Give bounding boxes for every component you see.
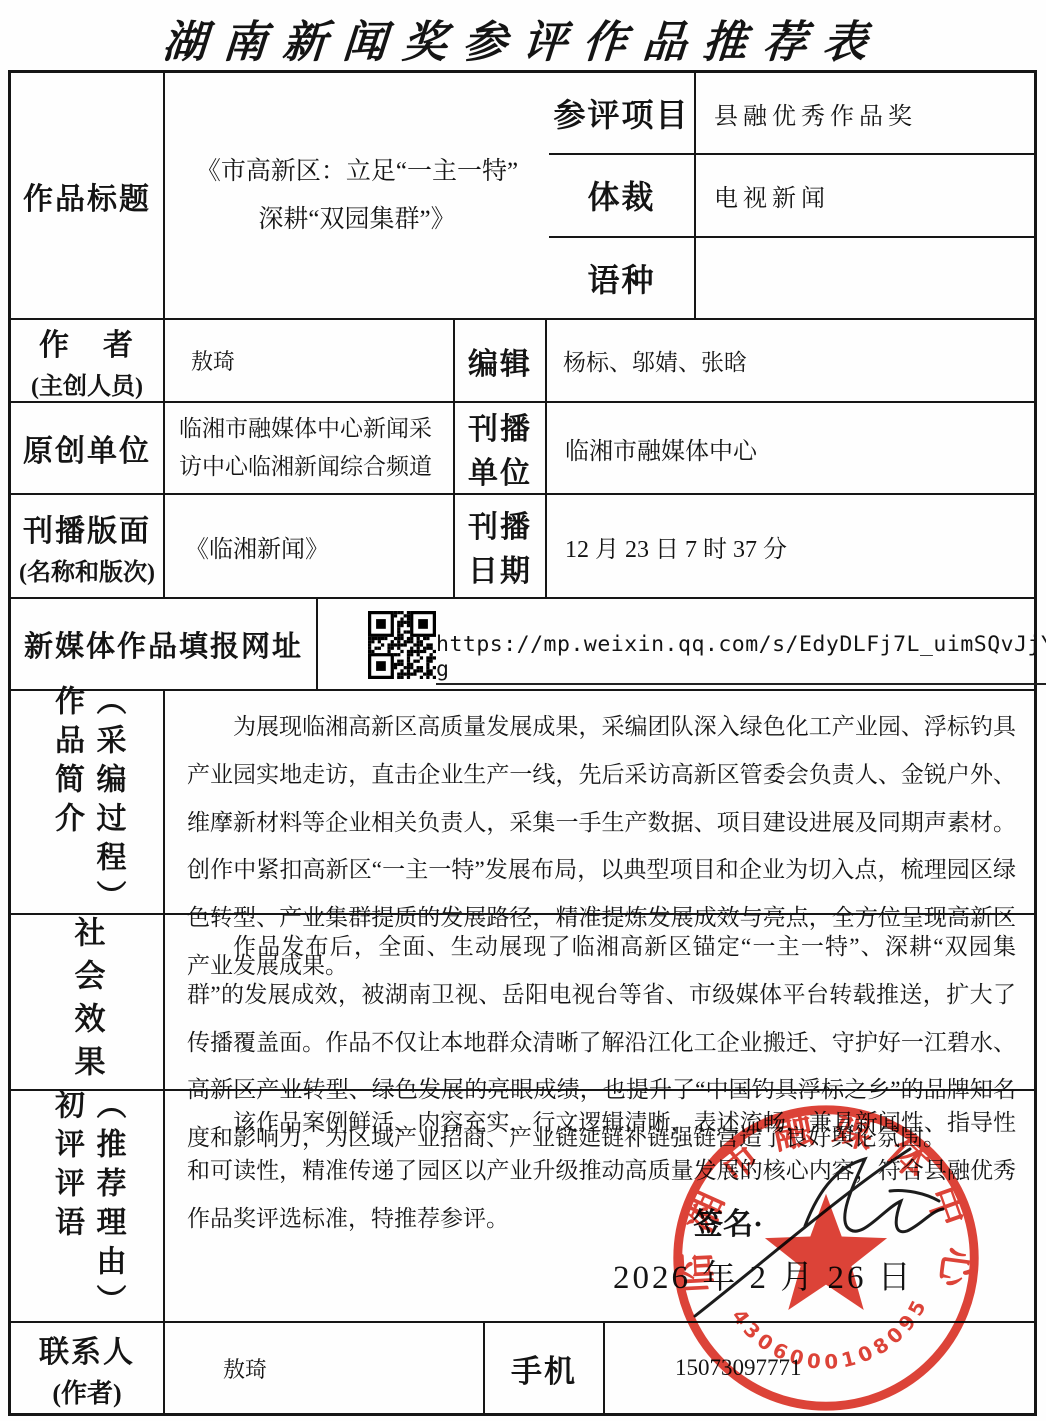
entry-category-label-cell: 参评项目 xyxy=(549,73,694,153)
original-unit-label: 原创单位 xyxy=(23,426,151,470)
social-effect-header: 社会效果 xyxy=(65,916,110,1088)
mobile-label: 手机 xyxy=(511,1346,577,1391)
author-label-line1: 作 者 xyxy=(39,320,135,364)
work-title-label-cell: 作品标题 xyxy=(11,73,163,318)
social-effect-text-cell: 作品发布后，全面、生动展现了临湘高新区锚定“一主一特”、深耕“双园集群”的发展成… xyxy=(163,915,1034,1089)
publication-page-label-line2: (名称和版次) xyxy=(19,552,155,587)
original-unit-value: 临湘市融媒体中心新闻采访中心临湘新闻综合频道 xyxy=(165,410,453,486)
page-title: 湖南新闻奖参评作品推荐表 xyxy=(0,6,1046,70)
editor-value: 杨标、邬婧、张晗 xyxy=(547,344,747,377)
row-author: 作 者 (主创人员) 敖琦 编辑 杨标、邬婧、张晗 xyxy=(11,318,1034,401)
contact-label-cell: 联系人 (作者) xyxy=(11,1323,163,1413)
contact-label-line2: (作者) xyxy=(52,1373,121,1410)
row-work-intro: 作品简介 （采编过程） 为展现临湘高新区高质量发展成果，采编团队深入绿色化工产业… xyxy=(11,689,1034,913)
social-effect-header-wrap: 社会效果 xyxy=(11,916,163,1088)
genre-label-cell: 体裁 xyxy=(549,155,694,235)
initial-review-header: 初评评语 （推荐理由） xyxy=(11,1089,163,1323)
broadcast-date-label-cell: 刊播 日期 xyxy=(453,495,545,597)
broadcast-date-value-cell: 12 月 23 日 7 时 37 分 xyxy=(545,495,1034,597)
language-value-cell xyxy=(694,238,1034,318)
author-label-cell: 作 者 (主创人员) xyxy=(11,320,163,401)
genre-label: 体裁 xyxy=(587,172,655,218)
initial-review-header-col2: （推荐理由） xyxy=(89,1089,127,1323)
social-effect-header-cell: 社会效果 xyxy=(11,915,163,1089)
editor-label-cell: 编辑 xyxy=(453,320,545,401)
publication-page-label-line1: 刊播版面 xyxy=(23,506,151,550)
language-row: 语种 xyxy=(549,236,1034,318)
editor-label: 编辑 xyxy=(468,339,532,383)
language-label: 语种 xyxy=(587,255,655,301)
work-intro-header-col2: （采编过程） xyxy=(89,685,127,919)
original-unit-label-cell: 原创单位 xyxy=(11,403,163,493)
new-media-value-cell: https://mp.weixin.qq.com/s/EdyDLFj7L_uim… xyxy=(316,599,1034,689)
mobile-value-cell: 15073097771 xyxy=(603,1323,1034,1413)
broadcast-unit-value-cell: 临湘市融媒体中心 xyxy=(545,403,1034,493)
work-title-value: 《市高新区：立足“一主一特” 深耕“双园集群”》 xyxy=(165,148,549,243)
genre-row: 体裁 电视新闻 xyxy=(549,153,1034,235)
publication-page-value: 《临湘新闻》 xyxy=(165,529,329,564)
row-contact: 联系人 (作者) 敖琦 手机 15073097771 xyxy=(11,1321,1034,1413)
work-intro-header: 作品简介 （采编过程） xyxy=(11,685,163,919)
contact-value-cell: 敖琦 xyxy=(163,1323,483,1413)
recommendation-table: 作品标题 《市高新区：立足“一主一特” 深耕“双园集群”》 参评项目 县融优秀作… xyxy=(8,70,1037,1416)
row-initial-review: 初评评语 （推荐理由） 该作品案例鲜活、内容充实，行文逻辑清晰，表述流畅，兼具新… xyxy=(11,1089,1034,1321)
work-intro-header-col1: 作品简介 xyxy=(48,685,86,919)
entry-category-value: 县融优秀作品奖 xyxy=(696,96,917,131)
document-page: 湖南新闻奖参评作品推荐表 作品标题 《市高新区：立足“一主一特” 深耕“双园集群… xyxy=(0,0,1046,1421)
row-work-title: 作品标题 《市高新区：立足“一主一特” 深耕“双园集群”》 参评项目 县融优秀作… xyxy=(11,73,1034,318)
author-value: 敖琦 xyxy=(165,345,235,376)
work-title-label: 作品标题 xyxy=(23,174,151,218)
row1-right-column: 参评项目 县融优秀作品奖 体裁 电视新闻 语种 xyxy=(549,73,1034,318)
initial-review-text-cell: 该作品案例鲜活、内容充实，行文逻辑清晰，表述流畅，兼具新闻性、指导性和可读性，精… xyxy=(163,1091,1034,1321)
work-intro-header-cell: 作品简介 （采编过程） xyxy=(11,691,163,913)
entry-category-label: 参评项目 xyxy=(553,90,689,136)
qr-code-icon xyxy=(368,609,436,681)
initial-review-header-col1: 初评评语 xyxy=(48,1089,86,1323)
work-intro-text-cell: 为展现临湘高新区高质量发展成果，采编团队深入绿色化工产业园、浮标钓具产业园实地走… xyxy=(163,691,1034,913)
broadcast-unit-label-line2: 单位 xyxy=(468,448,532,492)
mobile-value: 15073097771 xyxy=(605,1355,802,1381)
review-date: 2026 年 2 月 26 日 xyxy=(613,1251,914,1298)
publication-page-label-cell: 刊播版面 (名称和版次) xyxy=(11,495,163,597)
new-media-label-cell: 新媒体作品填报网址 xyxy=(11,599,316,689)
contact-label-line1: 联系人 xyxy=(39,1327,135,1371)
author-label-line2: (主创人员) xyxy=(31,366,143,401)
broadcast-date-value: 12 月 23 日 7 时 37 分 xyxy=(547,529,787,564)
editor-value-cell: 杨标、邬婧、张晗 xyxy=(545,320,1034,401)
new-media-label: 新媒体作品填报网址 xyxy=(24,624,303,665)
author-value-cell: 敖琦 xyxy=(163,320,453,401)
initial-review-header-cell: 初评评语 （推荐理由） xyxy=(11,1091,163,1321)
language-label-cell: 语种 xyxy=(549,238,694,318)
broadcast-unit-label-line1: 刊播 xyxy=(468,404,532,448)
row-publication-page: 刊播版面 (名称和版次) 《临湘新闻》 刊播 日期 12 月 23 日 7 时 … xyxy=(11,493,1034,597)
original-unit-value-cell: 临湘市融媒体中心新闻采访中心临湘新闻综合频道 xyxy=(163,403,453,493)
genre-value: 电视新闻 xyxy=(696,178,830,213)
entry-category-row: 参评项目 县融优秀作品奖 xyxy=(549,73,1034,153)
work-title-value-cell: 《市高新区：立足“一主一特” 深耕“双园集群”》 xyxy=(163,73,549,318)
broadcast-unit-value: 临湘市融媒体中心 xyxy=(547,431,757,466)
publication-page-value-cell: 《临湘新闻》 xyxy=(163,495,453,597)
contact-value: 敖琦 xyxy=(165,1353,267,1384)
row-social-effect: 社会效果 作品发布后，全面、生动展现了临湘高新区锚定“一主一特”、深耕“双园集群… xyxy=(11,913,1034,1089)
broadcast-date-label-line1: 刊播 xyxy=(468,502,532,546)
genre-value-cell: 电视新闻 xyxy=(694,155,1034,235)
broadcast-date-label-line2: 日期 xyxy=(468,546,532,590)
mobile-label-cell: 手机 xyxy=(483,1323,603,1413)
broadcast-unit-label-cell: 刊播 单位 xyxy=(453,403,545,493)
new-media-url-text: https://mp.weixin.qq.com/s/EdyDLFj7L_uim… xyxy=(436,632,1046,685)
row-original-unit: 原创单位 临湘市融媒体中心新闻采访中心临湘新闻综合频道 刊播 单位 临湘市融媒体… xyxy=(11,401,1034,493)
entry-category-value-cell: 县融优秀作品奖 xyxy=(694,73,1034,153)
row-new-media-url: 新媒体作品填报网址 https://mp.weixin.qq.com/s/Edy… xyxy=(11,597,1034,689)
